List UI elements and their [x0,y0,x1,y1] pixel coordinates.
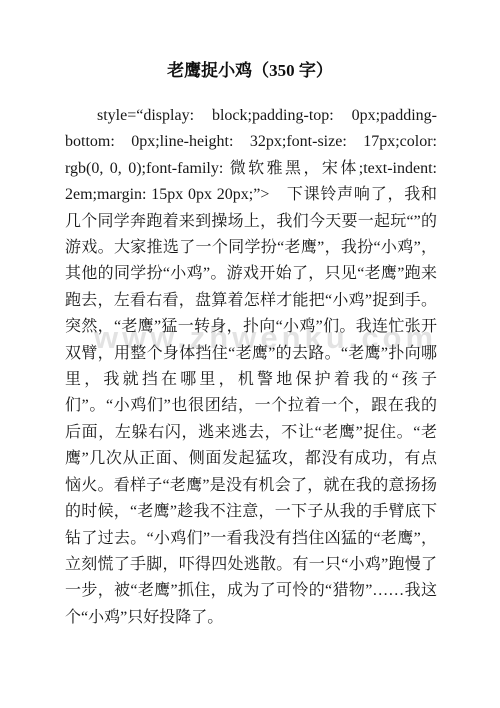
document-title: 老鹰捉小鸡（350 字） [0,0,500,83]
document-page: www.zhwenku.com 老鹰捉小鸡（350 字） style=“disp… [0,0,500,708]
essay-paragraph: style=“display: block;padding-top: 0px;p… [65,103,437,631]
